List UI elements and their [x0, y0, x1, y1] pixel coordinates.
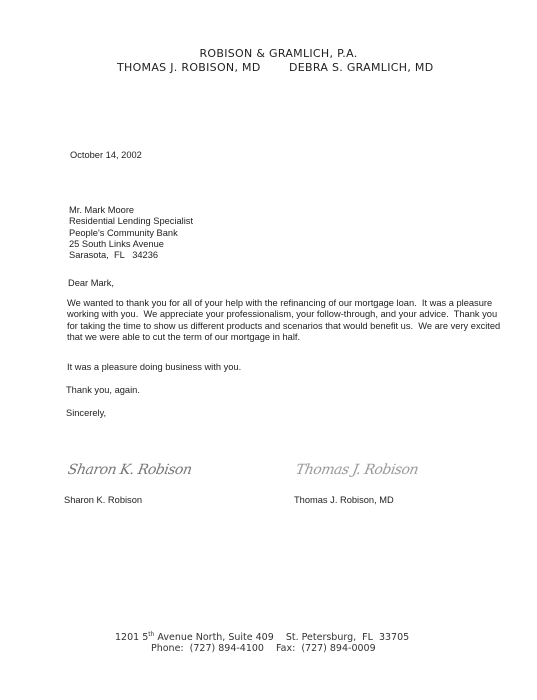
- signer-name: Sharon K. Robison: [64, 495, 142, 506]
- recipient-line: Residential Lending Specialist: [69, 216, 193, 227]
- partner-right: DEBRA S. GRAMLICH, MD: [289, 61, 433, 74]
- recipient-line: Sarasota, FL 34236: [69, 250, 193, 261]
- body-paragraph: We wanted to thank you for all of your h…: [67, 298, 507, 343]
- body-paragraph: It was a pleasure doing business with yo…: [67, 362, 241, 373]
- signature-sharon: Sharon K. Robison: [67, 462, 193, 478]
- signature-thomas: Thomas J. Robison: [295, 462, 420, 478]
- footer-phone-fax: Phone: (727) 894-4100 Fax: (727) 894-000…: [0, 643, 537, 654]
- signer-name: Thomas J. Robison, MD: [294, 495, 394, 506]
- body-paragraph: Thank you, again.: [66, 385, 140, 396]
- footer-address: 1201 5th Avenue North, Suite 409 St. Pet…: [0, 631, 537, 643]
- salutation: Dear Mark,: [68, 278, 114, 289]
- recipient-line: 25 South Links Avenue: [69, 239, 193, 250]
- firm-name: ROBISON & GRAMLICH, P.A.: [0, 47, 537, 60]
- recipient-address: Mr. Mark Moore Residential Lending Speci…: [69, 205, 193, 261]
- closing: Sincerely,: [66, 408, 106, 419]
- address-number: 1201 5: [115, 632, 148, 643]
- letter-date: October 14, 2002: [70, 150, 142, 161]
- address-rest: Avenue North, Suite 409 St. Petersburg, …: [154, 632, 409, 643]
- recipient-line: Mr. Mark Moore: [69, 205, 193, 216]
- recipient-line: People's Community Bank: [69, 228, 193, 239]
- partner-left: THOMAS J. ROBISON, MD: [117, 61, 261, 74]
